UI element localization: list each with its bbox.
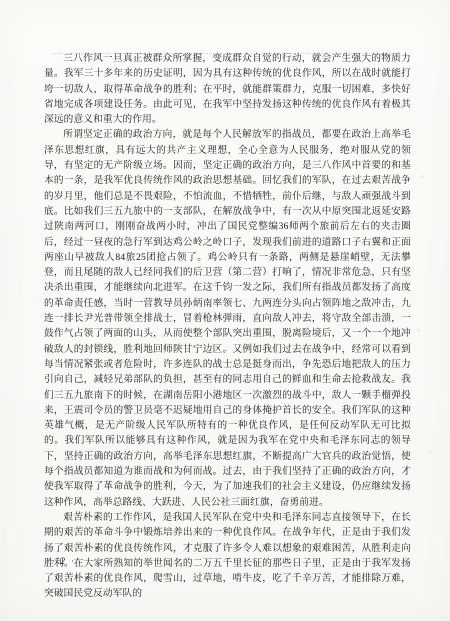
scan-noise-speckles xyxy=(0,0,1,1)
body-text: 三八作风一旦真正被群众所掌握，变成群众自觉的行动，就会产生强大的物质力量。我军三… xyxy=(44,51,411,602)
paragraph-3: 艰苦朴素的工作作风，是我国人民军队在党中央和毛泽东同志直接领导下，在长期的艰苦的… xyxy=(44,510,411,602)
paragraph-2: 所谓坚定正确的政治方向，就是每个人民解放军的指战员，都要在政治上高举毛泽东思想红… xyxy=(44,127,411,509)
scanned-page: 三八作风一旦真正被群众所掌握，变成群众自觉的行动，就会产生强大的物质力量。我军三… xyxy=(0,0,450,621)
page-number: · 2 · xyxy=(52,556,76,566)
paragraph-1: 三八作风一旦真正被群众所掌握，变成群众自觉的行动，就会产生强大的物质力量。我军三… xyxy=(44,51,411,127)
